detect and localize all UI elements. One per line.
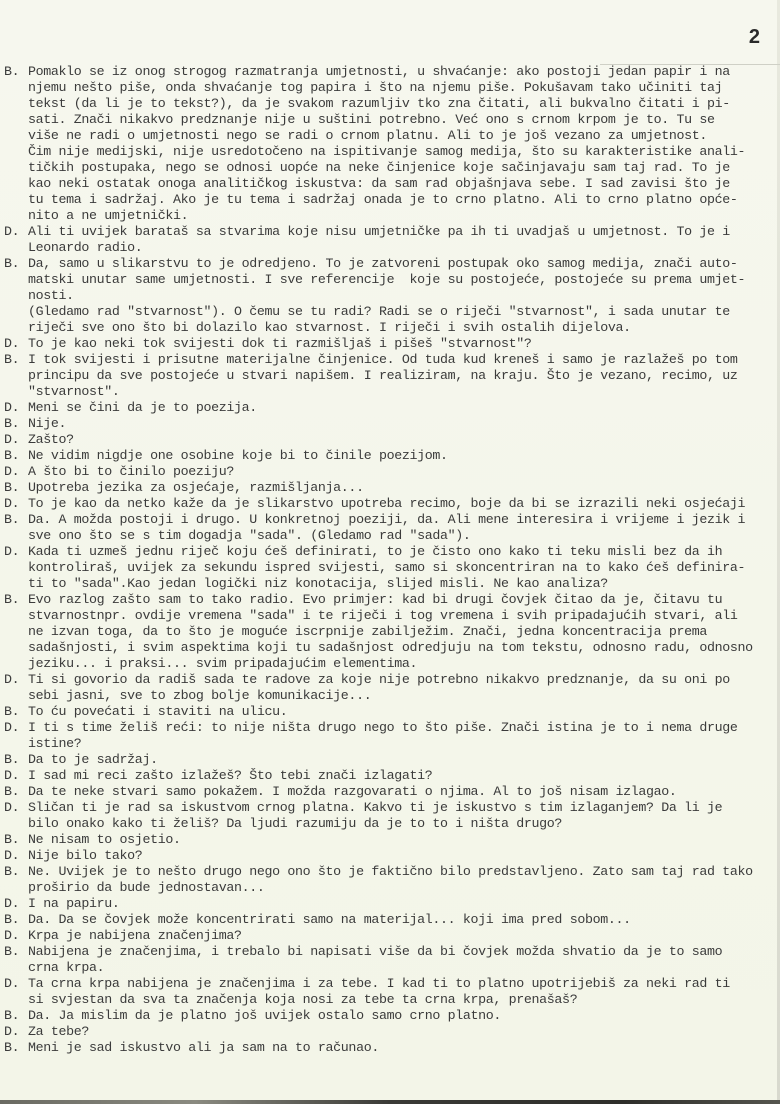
text-line: njemu nešto piše, onda shvaćanje tog pap… — [28, 80, 780, 96]
speaker-label: B. — [4, 944, 19, 960]
dialogue-entry: D.I na papiru. — [4, 896, 780, 912]
speaker-label: D. — [4, 544, 19, 560]
text-line: crna krpa. — [28, 960, 780, 976]
speaker-label: B. — [4, 752, 19, 768]
speaker-label: D. — [4, 464, 19, 480]
speaker-label: B. — [4, 256, 19, 272]
text-line: Ne. Uvijek je to nešto drugo nego ono št… — [28, 864, 780, 880]
text-line: I ti s time želiš reći: to nije ništa dr… — [28, 720, 780, 736]
speaker-label: D. — [4, 432, 19, 448]
dialogue-entry: B.Da. Da se čovjek može koncentrirati sa… — [4, 912, 780, 928]
speaker-label: B. — [4, 480, 19, 496]
dialogue-entry: D.A što bi to činilo poeziju? — [4, 464, 780, 480]
speaker-label: B. — [4, 1008, 19, 1024]
speaker-label: D. — [4, 496, 19, 512]
text-line: nosti. — [28, 288, 780, 304]
text-line: I tok svijesti i prisutne materijalne či… — [28, 352, 780, 368]
dialogue-entry: B.Upotreba jezika za osjećaje, razmišlja… — [4, 480, 780, 496]
text-line: kontroliraš, uvijek za sekundu ispred sv… — [28, 560, 780, 576]
text-line: Meni se čini da je to poezija. — [28, 400, 780, 416]
speaker-label: B. — [4, 784, 19, 800]
text-line: Nabijena je značenjima, i trebalo bi nap… — [28, 944, 780, 960]
text-line: Krpa je nabijena značenjima? — [28, 928, 780, 944]
text-line: stvarnostnpr. ovdije vremena "sada" i te… — [28, 608, 780, 624]
text-line: ti to "sada".Kao jedan logički niz konot… — [28, 576, 780, 592]
text-line: tekst (da li je to tekst?), da je svakom… — [28, 96, 780, 112]
text-line: I na papiru. — [28, 896, 780, 912]
text-line: Leonardo radio. — [28, 240, 780, 256]
text-line: riječi sve ono što bi dolazilo kao stvar… — [28, 320, 780, 336]
page-bottom-edge — [0, 1100, 780, 1104]
text-line: Pomaklo se iz onog strogog razmatranja u… — [28, 64, 780, 80]
text-line: Da. Ja mislim da je platno još uvijek os… — [28, 1008, 780, 1024]
text-line: "stvarnost". — [28, 384, 780, 400]
dialogue-entry: B.Nije. — [4, 416, 780, 432]
text-line: više ne radi o umjetnosti nego se radi o… — [28, 128, 780, 144]
dialogue-entry: D.Ti si govorio da radiš sada te radove … — [4, 672, 780, 704]
text-line: sve ono što se s tim dogadja "sada". (Gl… — [28, 528, 780, 544]
dialogue-entry: D.Kada ti uzmeš jednu riječ koju ćeš def… — [4, 544, 780, 592]
speaker-label: D. — [4, 768, 19, 784]
text-line: Da to je sadržaj. — [28, 752, 780, 768]
dialogue-entry: B.Da te neke stvari samo pokažem. I možd… — [4, 784, 780, 800]
dialogue-entry: D.Krpa je nabijena značenjima? — [4, 928, 780, 944]
text-line: A što bi to činilo poeziju? — [28, 464, 780, 480]
dialogue-entry: D.Za tebe? — [4, 1024, 780, 1040]
dialogue-entry: B.Ne nisam to osjetio. — [4, 832, 780, 848]
speaker-label: D. — [4, 896, 19, 912]
text-line: Nije. — [28, 416, 780, 432]
text-line: Da, samo u slikarstvu to je odredjeno. T… — [28, 256, 780, 272]
dialogue-entry: D.Ta crna krpa nabijena je značenjima i … — [4, 976, 780, 1008]
text-line: Upotreba jezika za osjećaje, razmišljanj… — [28, 480, 780, 496]
text-line: bilo onako kako ti želiš? Da ljudi razum… — [28, 816, 780, 832]
dialogue-entry: D.Nije bilo tako? — [4, 848, 780, 864]
speaker-label: D. — [4, 848, 19, 864]
text-line: istine? — [28, 736, 780, 752]
typewritten-page: 2 B.Pomaklo se iz onog strogog razmatran… — [0, 0, 780, 1104]
speaker-label: B. — [4, 704, 19, 720]
text-line: Čim nije medijski, nije usredotočeno na … — [28, 144, 780, 160]
text-line: Da. A možda postoji i drugo. U konkretno… — [28, 512, 780, 528]
speaker-label: B. — [4, 864, 19, 880]
speaker-label: D. — [4, 336, 19, 352]
text-line: sebi jasni, sve to zbog bolje komunikaci… — [28, 688, 780, 704]
speaker-label: B. — [4, 1040, 19, 1056]
text-line: I sad mi reci zašto izlažeš? Što tebi zn… — [28, 768, 780, 784]
dialogue-entry: B.Pomaklo se iz onog strogog razmatranja… — [4, 64, 780, 224]
dialogue-entry: D.I sad mi reci zašto izlažeš? Što tebi … — [4, 768, 780, 784]
text-line: tu tema i sadržaj. Ako je tu tema i sadr… — [28, 192, 780, 208]
text-line: Za tebe? — [28, 1024, 780, 1040]
text-line: matski unutar same umjetnosti. I sve ref… — [28, 272, 780, 288]
text-line: Ti si govorio da radiš sada te radove za… — [28, 672, 780, 688]
text-line: Da. Da se čovjek može koncentrirati samo… — [28, 912, 780, 928]
dialogue-entry: D.Ali ti uvijek barataš sa stvarima koje… — [4, 224, 780, 256]
dialogue-entry: B.Da, samo u slikarstvu to je odredjeno.… — [4, 256, 780, 336]
text-line: proširio da bude jednostavan... — [28, 880, 780, 896]
text-line: Ne vidim nigdje one osobine koje bi to č… — [28, 448, 780, 464]
text-line: Kada ti uzmeš jednu riječ koju ćeš defin… — [28, 544, 780, 560]
speaker-label: D. — [4, 720, 19, 736]
dialogue-entry: B.Ne vidim nigdje one osobine koje bi to… — [4, 448, 780, 464]
text-line: kao neki ostatak onoga analitičkog iskus… — [28, 176, 780, 192]
speaker-label: B. — [4, 832, 19, 848]
speaker-label: B. — [4, 64, 19, 80]
dialogue-entry: B.Meni je sad iskustvo ali ja sam na to … — [4, 1040, 780, 1056]
text-line: Zašto? — [28, 432, 780, 448]
text-line: Da te neke stvari samo pokažem. I možda … — [28, 784, 780, 800]
speaker-label: D. — [4, 400, 19, 416]
text-line: To je kao neki tok svijesti dok ti razmi… — [28, 336, 780, 352]
text-line: principu da sve postojeće u stvari napiš… — [28, 368, 780, 384]
dialogue-entry: D.Zašto? — [4, 432, 780, 448]
dialogue-entry: B.Da. A možda postoji i drugo. U konkret… — [4, 512, 780, 544]
dialogue-entry: D.Sličan ti je rad sa iskustvom crnog pl… — [4, 800, 780, 832]
speaker-label: D. — [4, 800, 19, 816]
dialogue-entry: B.To ću povećati i staviti na ulicu. — [4, 704, 780, 720]
dialogue-entry: B.Nabijena je značenjima, i trebalo bi n… — [4, 944, 780, 976]
text-line: Nije bilo tako? — [28, 848, 780, 864]
speaker-label: D. — [4, 976, 19, 992]
text-line: To je kao da netko kaže da je slikarstvo… — [28, 496, 780, 512]
speaker-label: B. — [4, 512, 19, 528]
dialogue-entry: B.Evo razlog zašto sam to tako radio. Ev… — [4, 592, 780, 672]
speaker-label: D. — [4, 1024, 19, 1040]
speaker-label: B. — [4, 448, 19, 464]
speaker-label: B. — [4, 416, 19, 432]
dialogue-entry: B.Ne. Uvijek je to nešto drugo nego ono … — [4, 864, 780, 896]
dialogue-entry: D.Meni se čini da je to poezija. — [4, 400, 780, 416]
text-line: jeziku... i praksi... svim pripadajućim … — [28, 656, 780, 672]
text-line: Ali ti uvijek barataš sa stvarima koje n… — [28, 224, 780, 240]
text-line: sati. Znači nikakvo predznanje nije u su… — [28, 112, 780, 128]
speaker-label: D. — [4, 672, 19, 688]
text-line: Sličan ti je rad sa iskustvom crnog plat… — [28, 800, 780, 816]
dialogue-entry: D.I ti s time želiš reći: to nije ništa … — [4, 720, 780, 752]
text-line: Meni je sad iskustvo ali ja sam na to ra… — [28, 1040, 780, 1056]
text-line: Ne nisam to osjetio. — [28, 832, 780, 848]
text-line: nito a ne umjetnički. — [28, 208, 780, 224]
dialogue-entry: B.Da. Ja mislim da je platno još uvijek … — [4, 1008, 780, 1024]
text-line: ne izvan toga, da to što je moguće iscrp… — [28, 624, 780, 640]
speaker-label: D. — [4, 224, 19, 240]
dialogue-entry: D.To je kao da netko kaže da je slikarst… — [4, 496, 780, 512]
text-line: Ta crna krpa nabijena je značenjima i za… — [28, 976, 780, 992]
dialogue-entry: B.I tok svijesti i prisutne materijalne … — [4, 352, 780, 400]
text-line: si svjestan da sva ta značenja koja nosi… — [28, 992, 780, 1008]
interview-transcript: B.Pomaklo se iz onog strogog razmatranja… — [4, 64, 780, 1056]
speaker-label: B. — [4, 912, 19, 928]
speaker-label: B. — [4, 592, 19, 608]
page-number: 2 — [749, 26, 760, 49]
text-line: Evo razlog zašto sam to tako radio. Evo … — [28, 592, 780, 608]
text-line: (Gledamo rad "stvarnost"). O čemu se tu … — [28, 304, 780, 320]
text-line: sadašnjosti, i svim aspektima koji tu sa… — [28, 640, 780, 656]
dialogue-entry: D.To je kao neki tok svijesti dok ti raz… — [4, 336, 780, 352]
text-line: To ću povećati i staviti na ulicu. — [28, 704, 780, 720]
text-line: tičkih postupaka, nego se odnosi uopće n… — [28, 160, 780, 176]
speaker-label: D. — [4, 928, 19, 944]
speaker-label: B. — [4, 352, 19, 368]
dialogue-entry: B.Da to je sadržaj. — [4, 752, 780, 768]
